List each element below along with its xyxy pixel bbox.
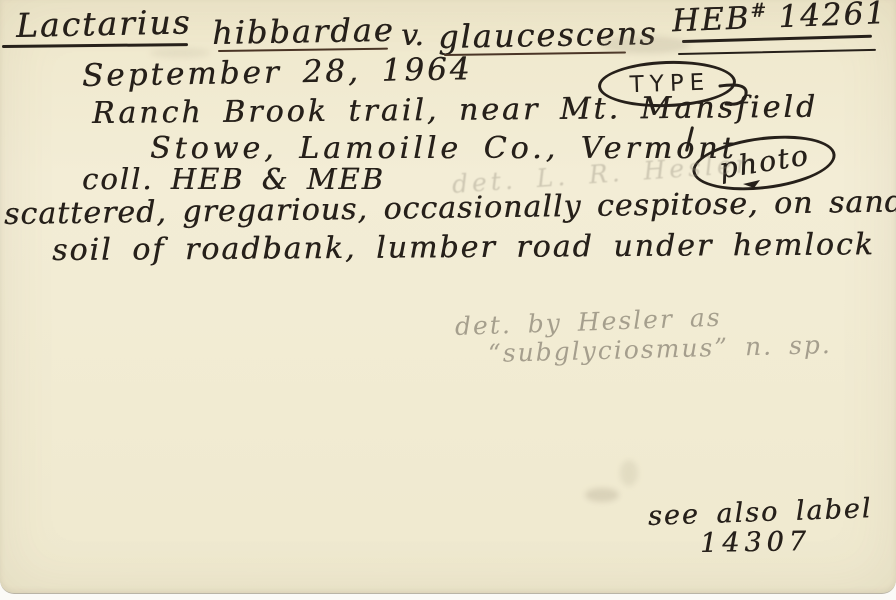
collection-code-number: 14261	[778, 0, 888, 35]
paper-smudge	[620, 460, 638, 486]
species-epithet: hibbardae	[212, 11, 395, 52]
collection-date: September 28, 1964	[82, 51, 473, 94]
collection-code-prefix: HEB	[671, 0, 751, 39]
collection-number: HEB# 14261	[671, 0, 887, 39]
paper-smudge	[150, 48, 210, 58]
collection-number-underline-2	[678, 49, 876, 55]
cross-reference-line-2: 14307	[700, 526, 811, 559]
rank-abbrev: v.	[401, 18, 424, 53]
hash-mark: #	[750, 0, 767, 22]
paper-smudge	[600, 36, 690, 54]
card-paper: Lactarius hibbardae v. glaucescens HEB# …	[0, 0, 896, 594]
genus-name: Lactarius	[16, 2, 192, 45]
paper-smudge	[585, 488, 619, 502]
locality-line-1: Ranch Brook trail, near Mt. Mansfield	[92, 90, 818, 131]
habitat-line-2: soil of roadbank, lumber road under heml…	[52, 227, 875, 268]
collector-line: coll. HEB & MEB	[82, 162, 385, 196]
genus-underline	[2, 43, 188, 48]
scanned-index-card: Lactarius hibbardae v. glaucescens HEB# …	[0, 0, 896, 600]
